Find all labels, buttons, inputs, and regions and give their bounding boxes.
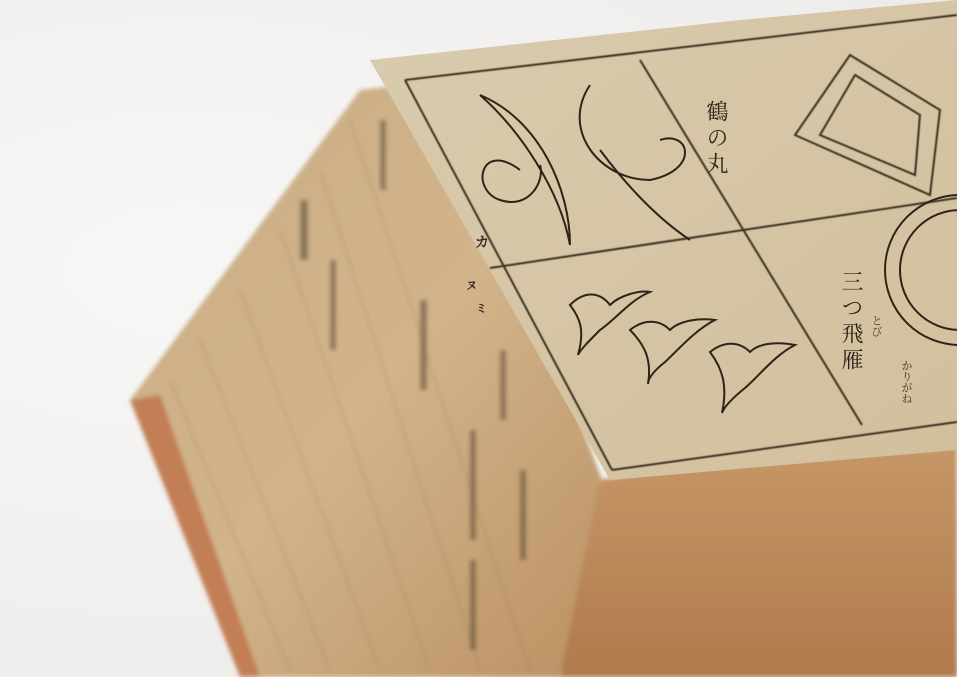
- book-photo: [0, 0, 957, 677]
- edge-mark-ka: カ: [475, 232, 489, 252]
- edge-mark-nu: ヌ: [466, 277, 477, 293]
- furigana-tobi: とび: [868, 315, 884, 337]
- crest-caption-top: 鶴の丸: [700, 100, 731, 178]
- furigana-karigane: かりがね: [898, 360, 914, 404]
- edge-mark-mi: ミ: [476, 300, 487, 316]
- crest-caption-geese: 三つ飛雁: [835, 270, 866, 374]
